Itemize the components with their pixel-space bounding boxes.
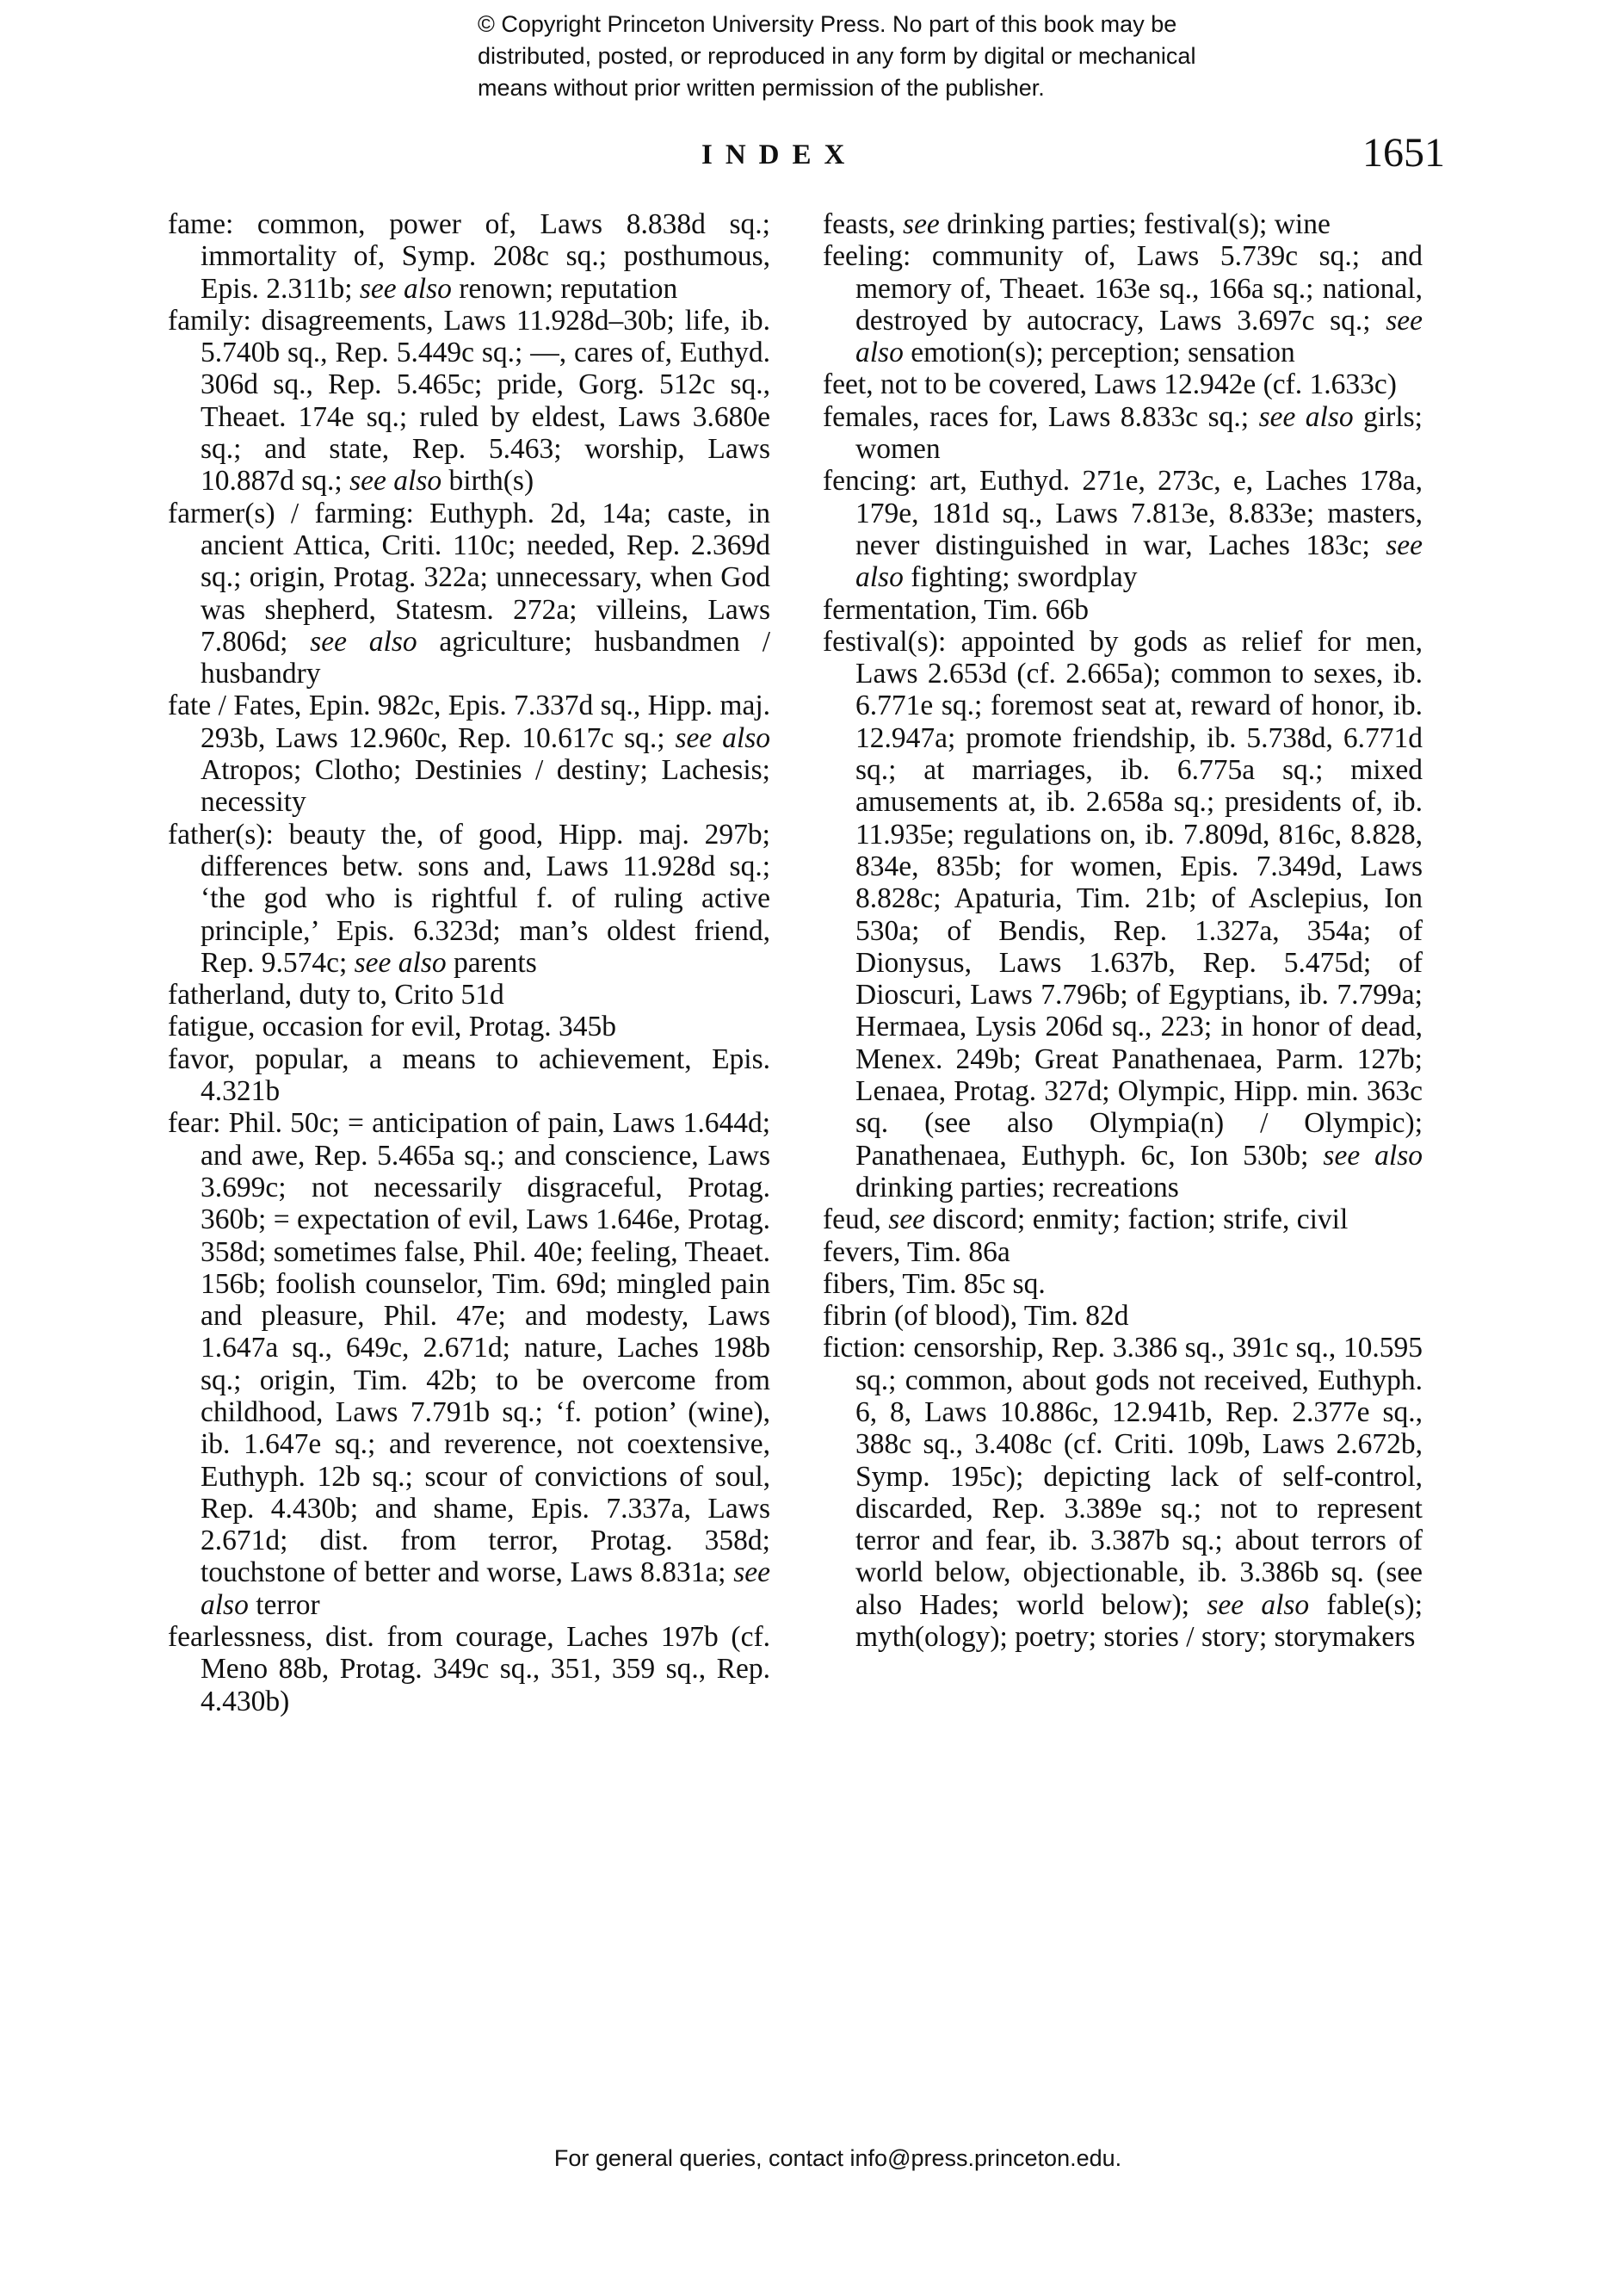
entry-term: fevers xyxy=(823,1236,893,1268)
entry-text: : art, Euthyd. 271e, 273c, e, Laches 178… xyxy=(855,465,1423,561)
entry-text: , not to be covered, Laws 12.942e (cf. 1… xyxy=(866,368,1397,400)
index-entry: fiction: censorship, Rep. 3.386 sq., 391… xyxy=(823,1332,1423,1653)
index-entry: fate / Fates, Epin. 982c, Epis. 7.337d s… xyxy=(168,690,770,818)
index-entry: fermentation, Tim. 66b xyxy=(823,594,1423,626)
index-entry: fame: common, power of, Laws 8.838d sq.;… xyxy=(168,208,770,305)
entry-term: fencing xyxy=(823,465,909,497)
entry-crossref: renown; reputation xyxy=(452,273,677,305)
entry-crossref: drinking parties; recreations xyxy=(855,1172,1179,1203)
entry-term: favor xyxy=(168,1043,227,1075)
index-entry: feud, see discord; enmity; faction; stri… xyxy=(823,1203,1423,1235)
entry-term: fiction xyxy=(823,1332,898,1364)
entry-text: : Phil. 50c; = anticipation of pain, Law… xyxy=(201,1107,770,1588)
entry-term: fatigue xyxy=(168,1011,248,1043)
index-entry: fatigue, occasion for evil, Protag. 345b xyxy=(168,1011,770,1043)
see-also-label: see also xyxy=(355,947,447,979)
entry-text: , Tim. 66b xyxy=(970,594,1089,626)
index-entry: fencing: art, Euthyd. 271e, 273c, e, Lac… xyxy=(823,465,1423,593)
copyright-line: © Copyright Princeton University Press. … xyxy=(478,9,1252,40)
entry-term: fatherland xyxy=(168,979,285,1011)
index-column-left: fame: common, power of, Laws 8.838d sq.;… xyxy=(168,208,770,1717)
entry-term: feet xyxy=(823,368,866,400)
see-also-label: see also xyxy=(1207,1589,1309,1621)
see-also-label: see also xyxy=(1323,1140,1423,1172)
entry-text: , popular, a means to achievement, Epis.… xyxy=(201,1043,770,1107)
see-also-label: see also xyxy=(310,626,417,658)
index-entry: fatherland, duty to, Crito 51d xyxy=(168,979,770,1011)
index-entry: feeling: community of, Laws 5.739c sq.; … xyxy=(823,240,1423,368)
index-entry: fevers, Tim. 86a xyxy=(823,1236,1423,1268)
entry-term: fate / Fates xyxy=(168,690,294,721)
entry-term: females xyxy=(823,401,912,433)
index-entry: farmer(s) / farming: Euthyph. 2d, 14a; c… xyxy=(168,498,770,690)
entry-term: fearlessness xyxy=(168,1621,306,1653)
entry-text: , xyxy=(888,208,903,240)
entry-term: father(s) xyxy=(168,819,265,851)
entry-term: feud xyxy=(823,1203,874,1235)
entry-term: feasts xyxy=(823,208,888,240)
entry-term: feeling xyxy=(823,240,903,272)
entry-text: : censorship, Rep. 3.386 sq., 391c sq., … xyxy=(855,1332,1423,1620)
entry-text: : appointed by gods as relief for men, L… xyxy=(855,626,1423,1172)
see-also-label: see also xyxy=(1259,401,1354,433)
entry-crossref: discord; enmity; faction; strife, civil xyxy=(925,1203,1348,1235)
index-column-right: feasts, see drinking parties; festival(s… xyxy=(823,208,1423,1653)
entry-crossref: terror xyxy=(249,1589,320,1621)
entry-text: (of blood), Tim. 82d xyxy=(886,1300,1128,1332)
entry-term: fibrin xyxy=(823,1300,886,1332)
entry-term: festival(s) xyxy=(823,626,938,658)
footer-contact: For general queries, contact info@press.… xyxy=(0,2145,1624,2172)
index-entry: favor, popular, a means to achievement, … xyxy=(168,1043,770,1108)
see-also-label: see also xyxy=(349,465,442,497)
index-entry: feet, not to be covered, Laws 12.942e (c… xyxy=(823,368,1423,400)
entry-crossref: fighting; swordplay xyxy=(904,561,1138,593)
copyright-line: distributed, posted, or reproduced in an… xyxy=(478,40,1252,72)
entry-term: farmer(s) / farming xyxy=(168,498,406,529)
index-entry: family: disagreements, Laws 11.928d–30b;… xyxy=(168,305,770,498)
entry-text: : community of, Laws 5.739c sq.; and mem… xyxy=(855,240,1423,337)
index-entry: fibers, Tim. 85c sq. xyxy=(823,1268,1423,1300)
running-title: INDEX xyxy=(701,139,857,171)
running-head: INDEX 1651 xyxy=(0,139,1624,174)
entry-text: , Tim. 86a xyxy=(893,1236,1010,1268)
entry-text: , occasion for evil, Protag. 345b xyxy=(248,1011,616,1043)
index-entry: festival(s): appointed by gods as relief… xyxy=(823,626,1423,1203)
entry-term: fame xyxy=(168,208,225,240)
index-entry: females, races for, Laws 8.833c sq.; see… xyxy=(823,401,1423,466)
index-entry: fearlessness, dist. from courage, Laches… xyxy=(168,1621,770,1717)
see-also-label: see also xyxy=(675,722,770,754)
entry-text: , duty to, Crito 51d xyxy=(285,979,504,1011)
entry-crossref: emotion(s); perception; sensation xyxy=(904,337,1295,368)
entry-text: , Tim. 85c sq. xyxy=(888,1268,1045,1300)
entry-text: , races for, Laws 8.833c sq.; xyxy=(912,401,1258,433)
entry-crossref: parents xyxy=(447,947,537,979)
entry-term: fear xyxy=(168,1107,213,1139)
entry-term: family xyxy=(168,305,243,337)
index-entry: father(s): beauty the, of good, Hipp. ma… xyxy=(168,819,770,979)
copyright-line: means without prior written permission o… xyxy=(478,72,1252,104)
see-also-label: see xyxy=(903,208,940,240)
entry-crossref: Atropos; Clotho; Destinies / destiny; La… xyxy=(201,754,770,818)
entry-crossref: birth(s) xyxy=(442,465,534,497)
entry-crossref: drinking parties; festival(s); wine xyxy=(940,208,1331,240)
entry-term: fibers xyxy=(823,1268,888,1300)
index-entry: feasts, see drinking parties; festival(s… xyxy=(823,208,1423,240)
index-entry: fibrin (of blood), Tim. 82d xyxy=(823,1300,1423,1332)
entry-text: , xyxy=(874,1203,889,1235)
see-also-label: see also xyxy=(360,273,452,305)
index-entry: fear: Phil. 50c; = anticipation of pain,… xyxy=(168,1107,770,1621)
copyright-notice: © Copyright Princeton University Press. … xyxy=(478,9,1252,104)
page-number: 1651 xyxy=(1362,129,1445,176)
see-also-label: see xyxy=(888,1203,925,1235)
entry-term: fermentation xyxy=(823,594,970,626)
